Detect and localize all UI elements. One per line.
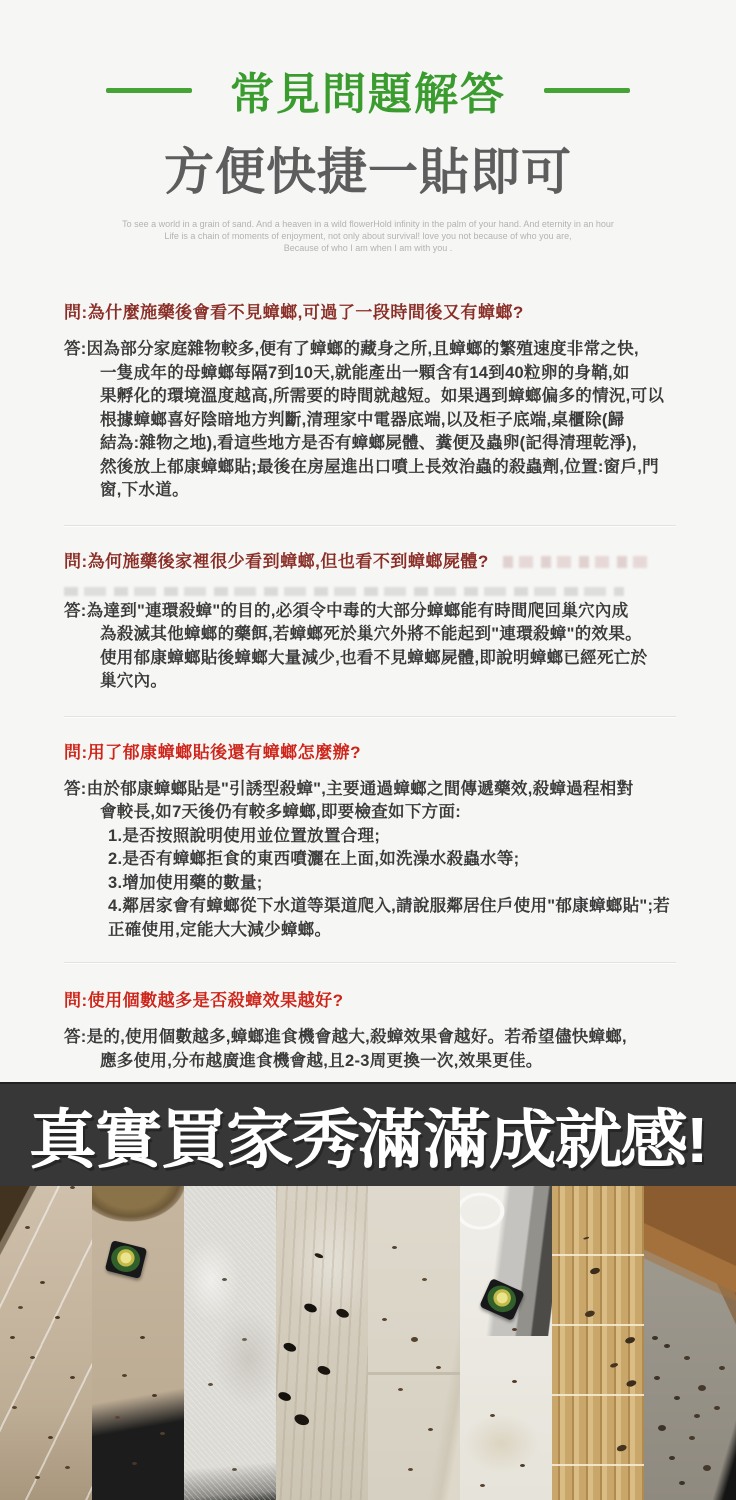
- qa-answer-line: 然後放上郁康蟑螂貼;最後在房屋進出口噴上長效治蟲的殺蟲劑,位置:窗戶,門: [64, 456, 684, 480]
- qa-answer-1: 答:因為部分家庭雜物較多,便有了蟑螂的藏身之所,且蟑螂的繁殖速度非常之快,一隻成…: [64, 338, 684, 503]
- faq-list: 問:為什麼施藥後會看不見蟑螂,可過了一段時間後又有蟑螂?答:因為部分家庭雜物較多…: [64, 298, 684, 1073]
- buyer-photo-7: [552, 1186, 644, 1500]
- buyer-photo-5: [368, 1186, 460, 1500]
- qa-answer-line: 一隻成年的母蟑螂每隔7到10天,就能產出一顆含有14到40粒卵的身鞘,如: [64, 362, 684, 386]
- qa-answer-line: 應多使用,分布越廣進食機會越,且2-3周更換一次,效果更佳。: [64, 1050, 684, 1074]
- qa-answer-line: 答:是的,使用個數越多,蟑螂進食機會越大,殺蟑效果會越好。若希望儘快蟑螂,: [64, 1026, 684, 1050]
- qa-answer-line: 答:由於郁康蟑螂貼是"引誘型殺蟑",主要通過蟑螂之間傳遞藥效,殺蟑過程相對: [64, 778, 684, 802]
- qa-question-2: 問:為何施藥後家裡很少看到蟑螂,但也看不到蟑螂屍體?: [64, 547, 684, 572]
- title-dash-left: [106, 88, 192, 93]
- bait-trap-icon: [105, 1240, 147, 1279]
- qa-block-3: 問:用了郁康蟑螂貼後還有蟑螂怎麼辦?答:由於郁康蟑螂貼是"引誘型殺蟑",主要通過…: [64, 716, 684, 943]
- watermark-remnant-line: [64, 587, 624, 596]
- qa-answer-line: 答:因為部分家庭雜物較多,便有了蟑螂的藏身之所,且蟑螂的繁殖速度非常之快,: [64, 338, 684, 362]
- tagline-line-2: Life is a chain of moments of enjoyment,…: [0, 230, 736, 242]
- buyer-photo-6: [460, 1186, 552, 1500]
- qa-answer-4: 答:是的,使用個數越多,蟑螂進食機會越大,殺蟑效果會越好。若希望儘快蟑螂,應多使…: [64, 1026, 684, 1073]
- qa-block-2: 問:為何施藥後家裡很少看到蟑螂,但也看不到蟑螂屍體?答:為達到"連環殺蟑"的目的…: [64, 525, 684, 694]
- qa-block-4: 問:使用個數越多是否殺蟑效果越好?答:是的,使用個數越多,蟑螂進食機會越大,殺蟑…: [64, 962, 684, 1073]
- qa-question-3: 問:用了郁康蟑螂貼後還有蟑螂怎麼辦?: [64, 738, 684, 763]
- qa-answer-line: 根據蟑螂喜好陰暗地方判斷,清理家中電器底端,以及柜子底端,桌櫃除(歸: [64, 409, 684, 433]
- faq-subtitle: 方便快捷一貼即可: [0, 132, 736, 204]
- faq-section: 常見問題解答 方便快捷一貼即可 To see a world in a grai…: [0, 0, 736, 1082]
- qa-divider: [64, 716, 676, 718]
- buyer-photo-4: [276, 1186, 368, 1500]
- buyer-photo-2: [92, 1186, 184, 1500]
- qa-question-4: 問:使用個數越多是否殺蟑效果越好?: [64, 986, 684, 1011]
- qa-answer-line: 使用郁康蟑螂貼後蟑螂大量減少,也看不見蟑螂屍體,即說明蟑螂已經死亡於: [64, 647, 684, 671]
- buyer-show-banner-text: 真實買家秀滿滿成就感!: [29, 1089, 707, 1181]
- qa-answer-line: 3.增加使用藥的數量;: [64, 872, 684, 896]
- qa-answer-line: 1.是否按照說明使用並位置放置合理;: [64, 825, 684, 849]
- english-tagline: To see a world in a grain of sand. And a…: [0, 218, 736, 254]
- qa-divider: [64, 962, 676, 964]
- faq-title: 常見問題解答: [230, 58, 506, 122]
- qa-block-1: 問:為什麼施藥後會看不見蟑螂,可過了一段時間後又有蟑螂?答:因為部分家庭雜物較多…: [64, 298, 684, 503]
- qa-answer-line: 窗,下水道。: [64, 479, 684, 503]
- buyer-photo-1: [0, 1186, 92, 1500]
- buyer-photo-collage: [0, 1186, 736, 1500]
- product-detail-page: 常見問題解答 方便快捷一貼即可 To see a world in a grai…: [0, 0, 736, 1500]
- qa-answer-line: 4.鄰居家會有蟑螂從下水道等渠道爬入,請說服鄰居住戶使用"郁康蟑螂貼";若: [64, 895, 684, 919]
- qa-answer-line: 會較長,如7天後仍有較多蟑螂,即要檢查如下方面:: [64, 801, 684, 825]
- qa-answer-line: 答:為達到"連環殺蟑"的目的,必須令中毒的大部分蟑螂能有時間爬回巢穴內成: [64, 600, 684, 624]
- qa-question-1: 問:為什麼施藥後會看不見蟑螂,可過了一段時間後又有蟑螂?: [64, 298, 684, 323]
- qa-answer-line: 2.是否有蟑螂拒食的東西噴灑在上面,如洗澡水殺蟲水等;: [64, 848, 684, 872]
- qa-answer-line: 正確使用,定能大大減少蟑螂。: [64, 919, 684, 943]
- faq-title-row: 常見問題解答: [0, 58, 736, 122]
- faq-header: 常見問題解答 方便快捷一貼即可 To see a world in a grai…: [0, 0, 736, 254]
- qa-answer-line: 為殺滅其他蟑螂的藥餌,若蟑螂死於巢穴外將不能起到"連環殺蟑"的效果。: [64, 623, 684, 647]
- title-dash-right: [544, 88, 630, 93]
- qa-answer-line: 果孵化的環境溫度越高,所需要的時間就越短。如果遇到蟑螂偏多的情況,可以: [64, 385, 684, 409]
- qa-answer-3: 答:由於郁康蟑螂貼是"引誘型殺蟑",主要通過蟑螂之間傳遞藥效,殺蟑過程相對會較長…: [64, 778, 684, 943]
- buyer-photo-3: [184, 1186, 276, 1500]
- buyer-photo-8: [644, 1186, 736, 1500]
- tagline-line-1: To see a world in a grain of sand. And a…: [0, 218, 736, 230]
- watermark-remnant: [503, 556, 653, 568]
- qa-answer-2: 答:為達到"連環殺蟑"的目的,必須令中毒的大部分蟑螂能有時間爬回巢穴內成為殺滅其…: [64, 600, 684, 694]
- qa-answer-line: 巢穴內。: [64, 670, 684, 694]
- qa-answer-line: 結為:雜物之地),看這些地方是否有蟑螂屍體、糞便及蟲卵(記得清理乾淨),: [64, 432, 684, 456]
- qa-divider: [64, 525, 676, 527]
- bait-trap-icon: [479, 1278, 524, 1321]
- buyer-show-banner: 真實買家秀滿滿成就感!: [0, 1082, 736, 1186]
- tagline-line-3: Because of who I am when I am with you .: [0, 242, 736, 254]
